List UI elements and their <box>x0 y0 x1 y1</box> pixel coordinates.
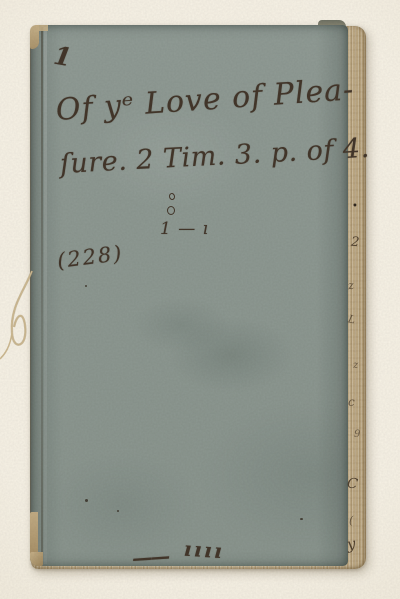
worn-corner-top-left-edge <box>30 25 48 31</box>
ink-speck <box>117 510 119 512</box>
page-edge-mark: 2 <box>350 235 360 251</box>
page-edge-mark: C <box>346 475 359 492</box>
binding-thread <box>0 255 46 410</box>
page-edge-mark: ( <box>349 514 353 527</box>
page-edge-ink-blot: • <box>352 201 358 212</box>
page-edge-mark: z <box>353 360 358 371</box>
tally-stroke-marks: ıııı <box>183 537 225 564</box>
figure-mark: 1 — ı <box>160 219 209 239</box>
ink-circle-mark-large <box>167 206 175 215</box>
ink-speck <box>85 499 88 502</box>
worn-corner-bottom-left <box>30 552 43 566</box>
ink-speck <box>300 518 303 520</box>
page-edge-mark: c <box>348 395 355 409</box>
ink-speck <box>85 285 87 287</box>
page-edge-mark: 9 <box>354 429 360 440</box>
tally-dash-mark: —— <box>131 544 169 570</box>
photo-backdrop: 1 Of yᵉ Love of Plea- ſure. 2 Tim. 3. p.… <box>0 0 400 599</box>
